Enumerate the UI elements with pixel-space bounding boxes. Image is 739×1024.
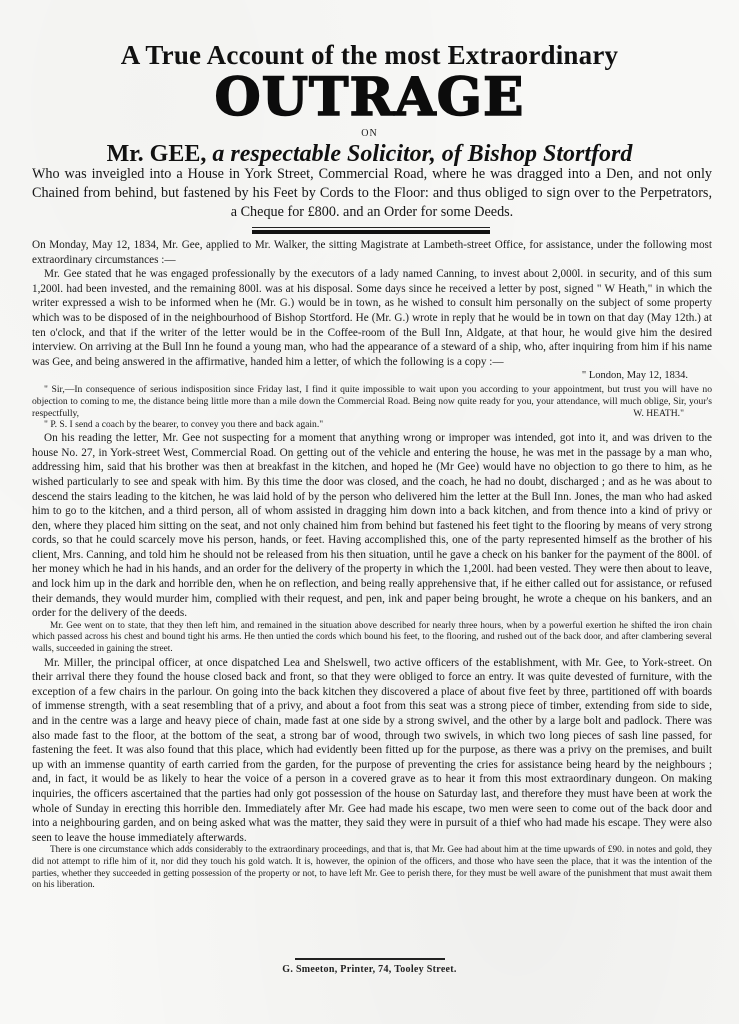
main-title-outrage: OUTRAGE	[0, 70, 739, 126]
lead-summary: Who was inveigled into a House in York S…	[32, 165, 712, 222]
paragraph-intro: On Monday, May 12, 1834, Mr. Gee, applie…	[32, 238, 712, 267]
headline: A True Account of the most Extraordinary	[0, 40, 739, 70]
article-body: On Monday, May 12, 1834, Mr. Gee, applie…	[32, 238, 712, 892]
on-connector: ON	[0, 128, 739, 139]
thin-rule	[252, 227, 490, 228]
paragraph-abduction: On his reading the letter, Mr. Gee not s…	[32, 431, 712, 621]
letter-text: " Sir,—In consequence of serious indispo…	[32, 384, 712, 419]
thick-rule	[252, 230, 490, 234]
letter-signature: W. HEATH."	[621, 408, 684, 420]
paragraph-statement: Mr. Gee stated that he was engaged profe…	[32, 267, 712, 369]
double-rule-divider	[252, 227, 490, 235]
letter-body: " Sir,—In consequence of serious indispo…	[32, 384, 712, 419]
letter-postscript: " P. S. I send a coach by the bearer, to…	[32, 419, 712, 431]
footer-rule	[295, 958, 445, 960]
subject-heading: Mr. GEE, a respectable Solicitor, of Bis…	[0, 140, 739, 168]
printer-imprint: G. Smeeton, Printer, 74, Tooley Street.	[0, 964, 739, 975]
broadside-page: A True Account of the most Extraordinary…	[0, 0, 739, 1024]
paragraph-escape: Mr. Gee went on to state, that they then…	[32, 621, 712, 656]
paragraph-conclusion: There is one circumstance which adds con…	[32, 845, 712, 891]
paragraph-investigation: Mr. Miller, the principal officer, at on…	[32, 656, 712, 846]
subject-description: a respectable Solicitor, of Bishop Stort…	[212, 141, 632, 167]
letter-dateline: " London, May 12, 1834.	[32, 369, 712, 384]
subject-name: Mr. GEE,	[107, 141, 207, 167]
